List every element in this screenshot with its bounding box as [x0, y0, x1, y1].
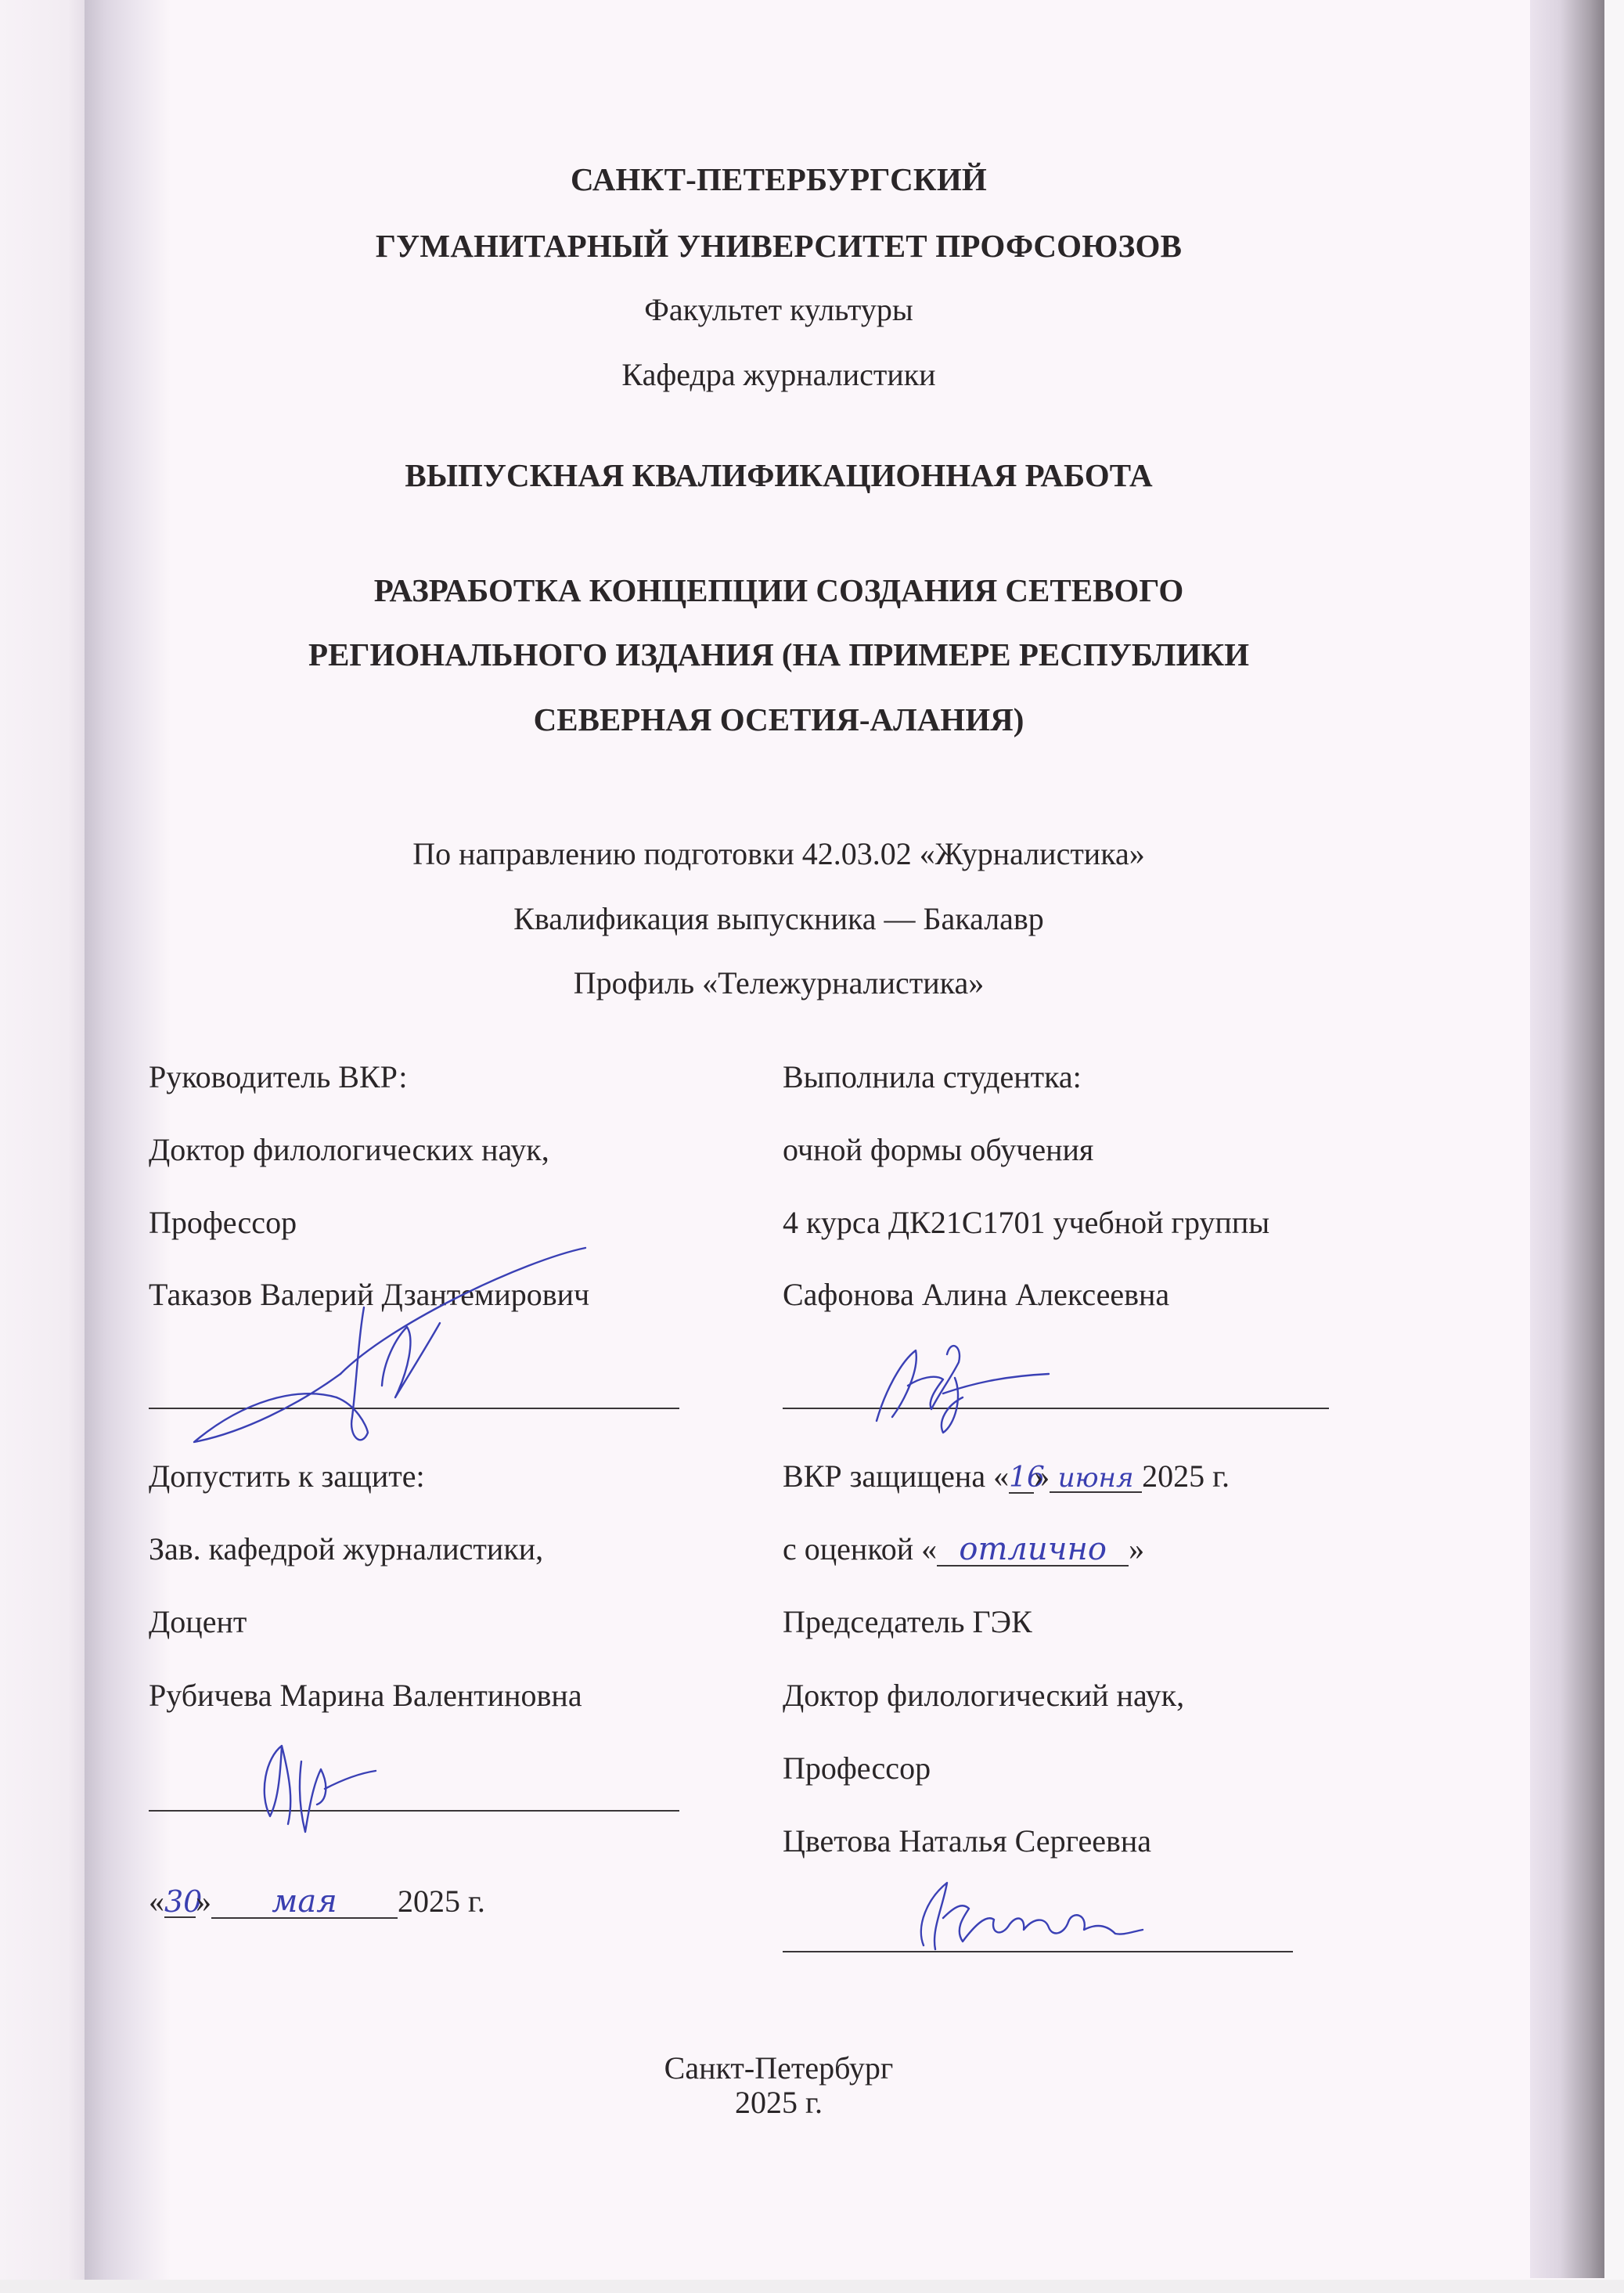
defense-date-prefix: ВКР защищена « [783, 1458, 1009, 1494]
admit-date-open-quote: « [149, 1884, 164, 1919]
program-qualification: Квалификация выпускника — Бакалавр [0, 900, 1557, 937]
head-position: Зав. кафедрой журналистики, [149, 1530, 543, 1567]
work-type-heading: ВЫПУСКНАЯ КВАЛИФИКАЦИОННАЯ РАБОТА [0, 456, 1557, 494]
student-label: Выполнила студентка: [783, 1058, 1082, 1095]
chair-name: Цветова Наталья Сергеевна [783, 1823, 1151, 1859]
head-rank: Доцент [149, 1603, 247, 1640]
admit-label: Допустить к защите: [149, 1458, 425, 1494]
chair-rank: Профессор [783, 1750, 931, 1786]
thesis-title-line3: СЕВЕРНАЯ ОСЕТИЯ-АЛАНИЯ) [0, 701, 1557, 738]
defense-date-month-field[interactable]: июня [1050, 1465, 1142, 1493]
defense-date-year: 2025 г. [1142, 1458, 1230, 1494]
admit-date-close-quote: » [196, 1884, 211, 1919]
university-name-line2: ГУМАНИТАРНЫЙ УНИВЕРСИТЕТ ПРОФСОЮЗОВ [0, 227, 1557, 265]
university-name-line1: САНКТ-ПЕТЕРБУРГСКИЙ [0, 160, 1557, 198]
grade-prefix: с оценкой « [783, 1531, 937, 1567]
student-group: 4 курса ДК21С1701 учебной группы [783, 1204, 1269, 1241]
faculty-name: Факультет культуры [0, 291, 1557, 328]
title-page: САНКТ-ПЕТЕРБУРГСКИЙ ГУМАНИТАРНЫЙ УНИВЕРС… [0, 0, 1624, 2293]
admit-date-month-field[interactable]: мая [211, 1886, 398, 1919]
student-signature-icon [861, 1331, 1064, 1440]
defense-grade: с оценкой «отлично» [783, 1530, 1144, 1567]
defense-date: ВКР защищена «16»июня2025 г. [783, 1458, 1230, 1494]
student-name: Сафонова Алина Алексеевна [783, 1276, 1169, 1313]
program-direction: По направлению подготовки 42.03.02 «Журн… [0, 835, 1557, 872]
program-profile: Профиль «Тележурналистика» [0, 964, 1557, 1001]
head-name: Рубичева Марина Валентиновна [149, 1677, 582, 1714]
defense-date-day-field[interactable]: 16 [1009, 1464, 1034, 1494]
supervisor-degree: Доктор филологических наук, [149, 1131, 549, 1168]
supervisor-rank: Профессор [149, 1204, 297, 1241]
supervisor-label: Руководитель ВКР: [149, 1058, 408, 1095]
admit-date-day-field[interactable]: 30 [164, 1887, 196, 1918]
admit-date-year: 2025 г. [398, 1884, 485, 1919]
grade-suffix: » [1129, 1531, 1144, 1567]
head-signature-line[interactable] [149, 1810, 679, 1812]
chair-degree: Доктор филологический наук, [783, 1677, 1184, 1714]
department-name: Кафедра журналистики [0, 356, 1557, 393]
thesis-title-line1: РАЗРАБОТКА КОНЦЕПЦИИ СОЗДАНИЯ СЕТЕВОГО [0, 571, 1557, 609]
chair-signature-icon [900, 1871, 1150, 1965]
head-signature-icon [235, 1730, 407, 1840]
thesis-title-line2: РЕГИОНАЛЬНОГО ИЗДАНИЯ (НА ПРИМЕРЕ РЕСПУБ… [0, 636, 1557, 673]
chair-label: Председатель ГЭК [783, 1603, 1032, 1640]
footer-year: 2025 г. [0, 2084, 1557, 2121]
admit-date: «30»мая2025 г. [149, 1883, 485, 1920]
grade-field[interactable]: отлично [937, 1534, 1129, 1567]
supervisor-signature-icon [157, 1237, 595, 1440]
footer-city: Санкт-Петербург [0, 2050, 1557, 2086]
defense-date-close-quote: » [1034, 1458, 1050, 1494]
study-form: очной формы обучения [783, 1131, 1093, 1168]
